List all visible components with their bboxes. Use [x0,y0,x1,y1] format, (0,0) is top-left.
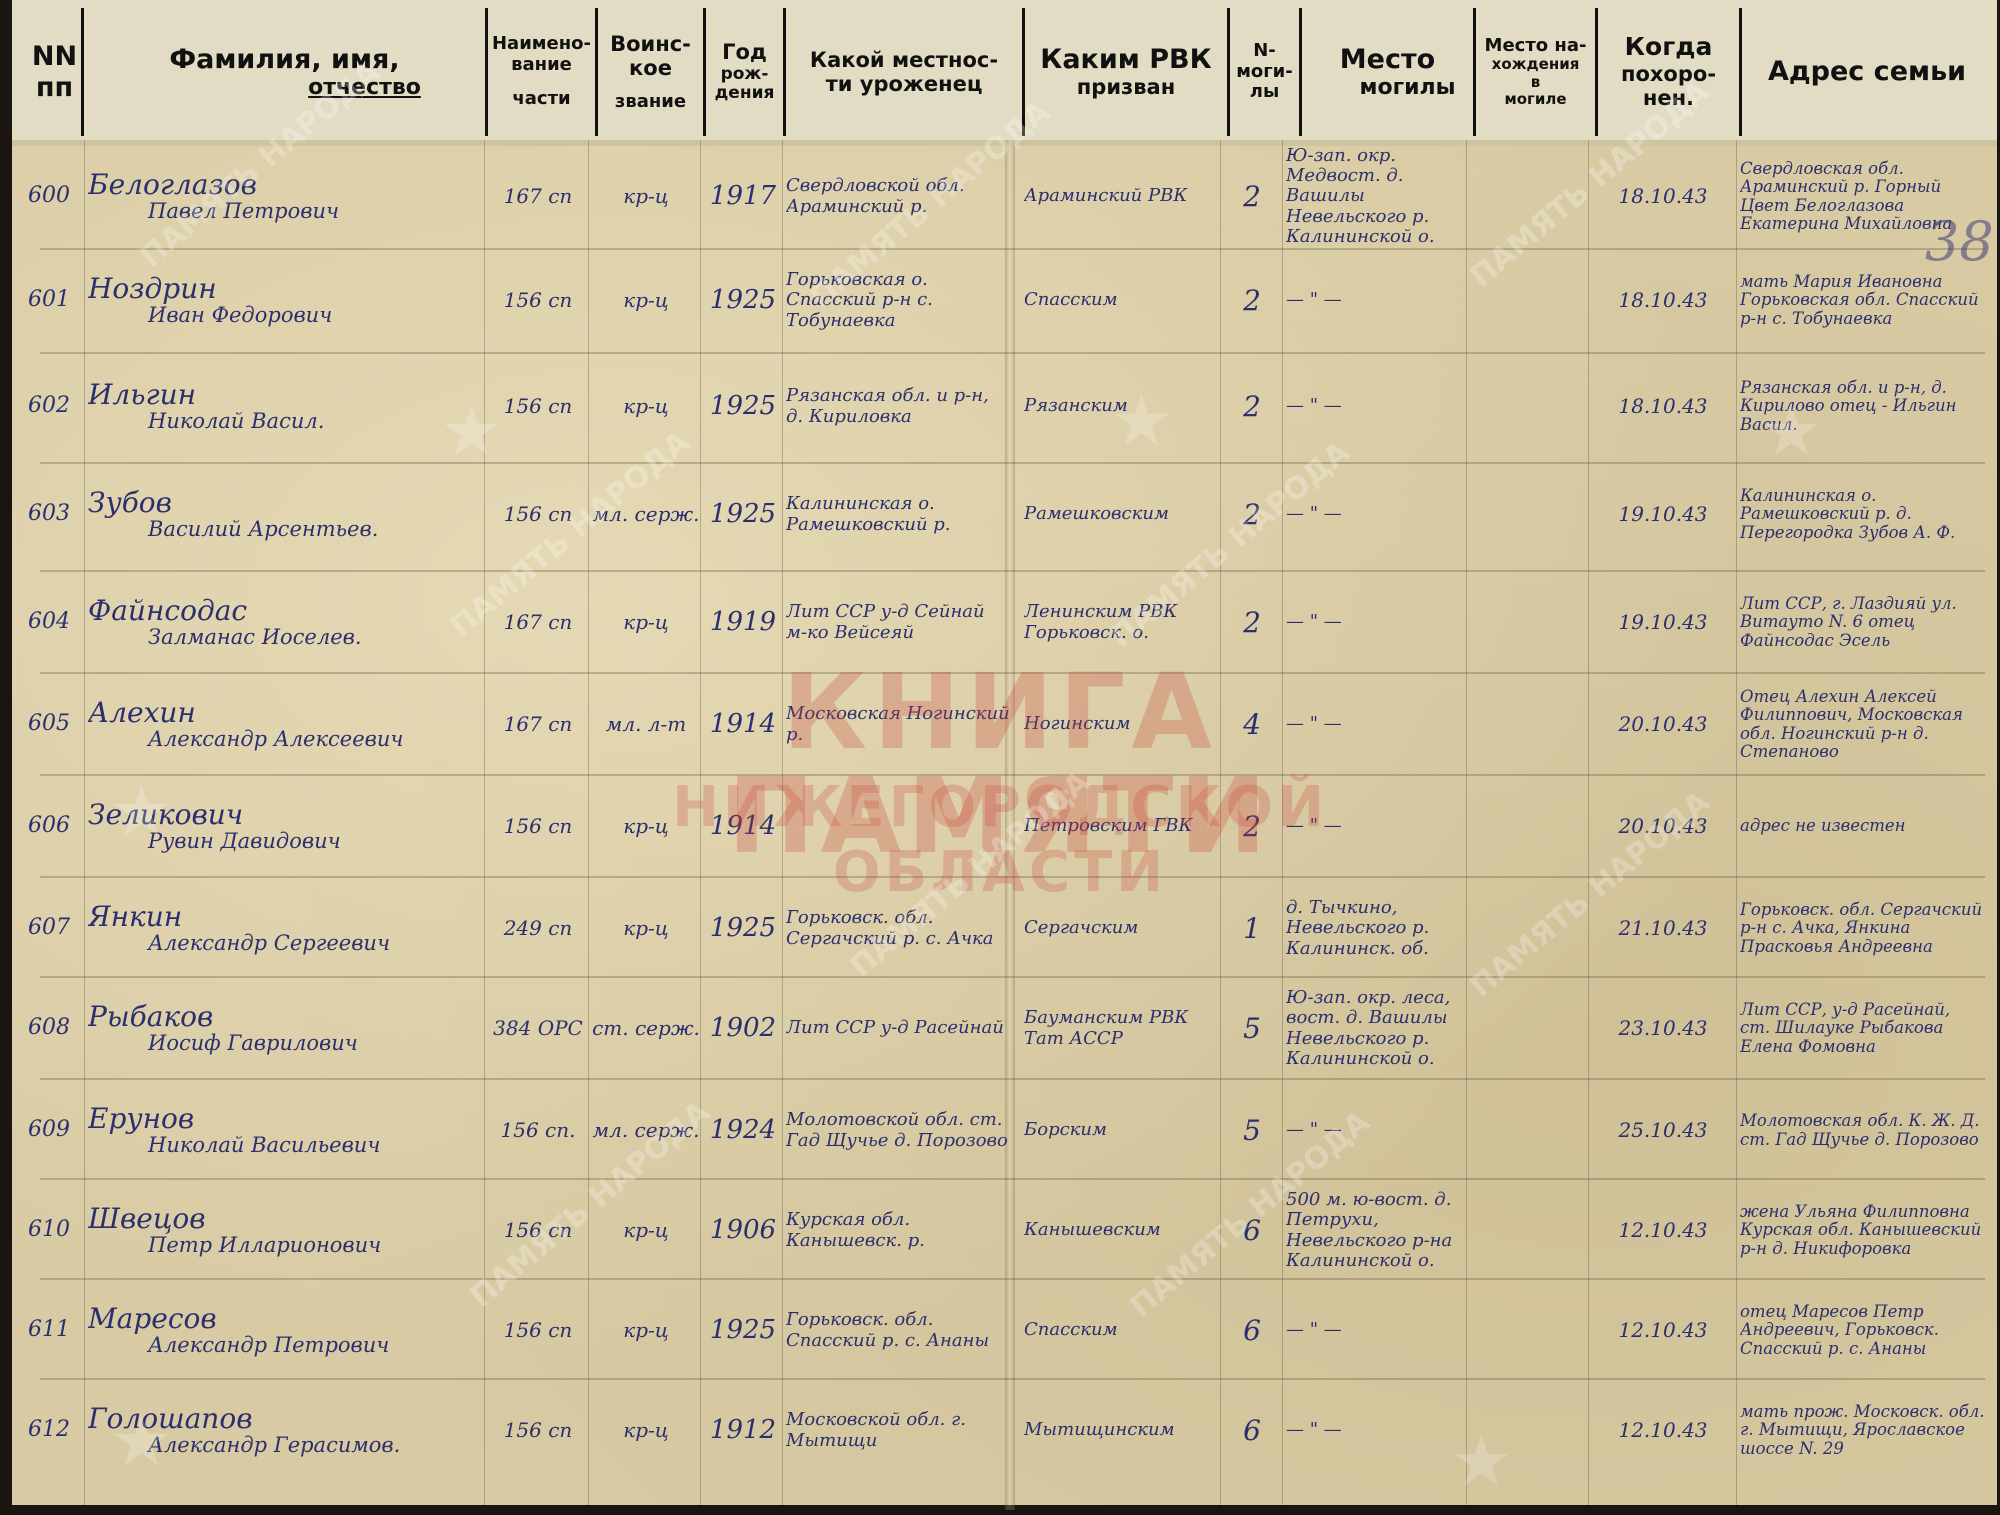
unit-cell: 167 сп [488,574,588,671]
header-rank-line1: Воинс- [610,32,691,56]
burial-date-cell: 20.10.43 [1590,778,1736,875]
name-cell: ГолошаповАлександр Герасимов. [88,1382,480,1479]
rank-cell: кр-ц [592,1382,700,1479]
given-name-patronymic: Александр Сергеевич [88,932,480,956]
birthplace-cell: Горьковская о. Спасский р-н с. Тобунаевк… [786,252,1010,349]
burial-date-cell: 12.10.43 [1590,1382,1736,1479]
family-address-cell: Рязанская обл. и р-н, д. Кирилово отец -… [1740,358,1985,455]
grave-place-cell: — " — [1286,1282,1466,1379]
burial-date-cell: 12.10.43 [1590,1282,1736,1379]
register-row: 612ГолошаповАлександр Герасимов.156 спкр… [0,1382,1985,1479]
unit-cell: 167 сп [488,676,588,773]
rank-cell: ст. серж. [592,980,700,1077]
header-name: Фамилия, имя, отчество [84,8,488,136]
rank-cell: кр-ц [592,778,700,875]
burial-date-cell: 23.10.43 [1590,980,1736,1077]
position-in-grave-cell [1470,1382,1588,1479]
header-position-line1: Место на- [1485,36,1587,57]
header-position: Место на- хождения в могиле [1476,8,1598,136]
header-date: Когда похоро- нен. [1598,8,1742,136]
name-cell: ЕруновНиколай Васильевич [88,1082,480,1179]
surname: Белоглазов [88,169,480,200]
grave-place-cell: — " — [1286,358,1466,455]
grave-number-cell: 1 [1222,880,1282,977]
header-rank-line2: кое [629,56,672,80]
name-cell: ИльгинНиколай Васил. [88,358,480,455]
name-cell: ЯнкинАлександр Сергеевич [88,880,480,977]
position-in-grave-cell [1470,148,1588,245]
row-number: 608 [28,980,84,1077]
unit-cell: 156 сп [488,358,588,455]
position-in-grave-cell [1470,466,1588,563]
rvk-cell: Сергачским [1024,880,1218,977]
grave-place-cell: 500 м. ю-вост. д. Петрухи, Невельского р… [1286,1182,1466,1279]
grave-place-cell: Ю-зап. окр. Медвост. д. Вашилы Невельско… [1286,148,1466,245]
surname: Маресов [88,1303,480,1334]
row-divider [40,1078,1985,1080]
unit-cell: 156 сп. [488,1082,588,1179]
name-cell: ЗеликовичРувин Давидович [88,778,480,875]
register-row: 606ЗеликовичРувин Давидович156 спкр-ц191… [0,778,1985,875]
register-row: 600БелоглазовПавел Петрович167 спкр-ц191… [0,148,1985,245]
position-in-grave-cell [1470,358,1588,455]
given-name-patronymic: Александр Герасимов. [88,1434,480,1458]
rvk-cell: Спасским [1024,1282,1218,1379]
given-name-patronymic: Рувин Давидович [88,830,480,854]
header-address: Адрес семьи [1742,8,1992,136]
header-year-line1: Год [722,40,767,64]
header-grave-place: Место могилы [1302,8,1476,136]
header-rank: Воинс- кое звание [598,8,706,136]
position-in-grave-cell [1470,1282,1588,1379]
row-number: 610 [28,1182,84,1279]
position-in-grave-cell [1470,778,1588,875]
register-row: 607ЯнкинАлександр Сергеевич249 спкр-ц192… [0,880,1985,977]
header-birthplace: Какой местнос- ти уроженец [786,8,1022,136]
grave-place-cell: — " — [1286,1082,1466,1179]
header-year: Год рож- дения [706,8,786,136]
position-in-grave-cell [1470,574,1588,671]
grave-number-cell: 6 [1222,1282,1282,1379]
header-grave-place-line2: могилы [1319,75,1455,100]
unit-cell: 249 сп [488,880,588,977]
grave-number-cell: 2 [1222,148,1282,245]
header-num: NN пп [28,8,84,136]
grave-place-cell: — " — [1286,676,1466,773]
row-number: 607 [28,880,84,977]
rank-cell: кр-ц [592,574,700,671]
unit-cell: 156 сп [488,1282,588,1379]
given-name-patronymic: Павел Петрович [88,200,480,224]
surname: Ильгин [88,379,480,410]
birthplace-cell: Молотовской обл. ст. Гад Щучье д. Порозо… [786,1082,1010,1179]
position-in-grave-cell [1470,980,1588,1077]
register-row: 609ЕруновНиколай Васильевич156 сп.мл. се… [0,1082,1985,1179]
given-name-patronymic: Александр Петрович [88,1334,480,1358]
birth-year-cell: 1914 [704,778,782,875]
burial-date-cell: 18.10.43 [1590,148,1736,245]
birth-year-cell: 1917 [704,148,782,245]
header-year-line2: рож- [721,65,769,85]
rvk-cell: Араминский РВК [1024,148,1218,245]
header-birthplace-line2: ти уроженец [826,72,983,96]
header-unit-line2: вание [511,55,572,76]
given-name-patronymic: Александр Алексеевич [88,728,480,752]
row-divider [40,248,1985,250]
grave-number-cell: 5 [1222,980,1282,1077]
birthplace-cell: Калининская о. Рамешковский р. [786,466,1010,563]
birthplace-cell [786,778,1010,875]
sheet-number: 38 [1925,210,1994,273]
unit-cell: 167 сп [488,148,588,245]
given-name-patronymic: Петр Илларионович [88,1234,480,1258]
header-rvk-line2: призван [1077,75,1175,99]
birth-year-cell: 1902 [704,980,782,1077]
surname: Швецов [88,1203,480,1234]
rvk-cell: Бауманским РВК Тат АССР [1024,980,1218,1077]
row-divider [40,352,1985,354]
position-in-grave-cell [1470,1082,1588,1179]
register-row: 604ФайнсодасЗалманас Иоселев.167 спкр-ц1… [0,574,1985,671]
family-address-cell: Лит ССР, у-д Расейнай, ст. Шилауке Рыбак… [1740,980,1985,1077]
birth-year-cell: 1925 [704,466,782,563]
row-number: 602 [28,358,84,455]
given-name-patronymic: Николай Васильевич [88,1134,480,1158]
register-row: 605АлехинАлександр Алексеевич167 спмл. л… [0,676,1985,773]
rank-cell: кр-ц [592,252,700,349]
header-birthplace-line1: Какой местнос- [810,48,998,72]
rvk-cell: Мытищинским [1024,1382,1218,1479]
birth-year-cell: 1919 [704,574,782,671]
name-cell: АлехинАлександр Алексеевич [88,676,480,773]
row-divider [40,672,1985,674]
surname: Зеликович [88,799,480,830]
grave-number-cell: 2 [1222,778,1282,875]
grave-number-cell: 6 [1222,1182,1282,1279]
burial-date-cell: 18.10.43 [1590,358,1736,455]
birthplace-cell: Московской обл. г. Мытищи [786,1382,1010,1479]
grave-number-cell: 2 [1222,574,1282,671]
rank-cell: мл. серж. [592,466,700,563]
rvk-cell: Канышевским [1024,1182,1218,1279]
given-name-patronymic: Залманас Иоселев. [88,626,480,650]
grave-place-cell: Ю-зап. окр. леса, вост. д. Вашилы Невель… [1286,980,1466,1077]
header-grave-no-line3: лы [1250,82,1279,103]
rank-cell: кр-ц [592,358,700,455]
grave-number-cell: 6 [1222,1382,1282,1479]
header-year-line3: дения [715,84,775,104]
header-date-line3: нен. [1643,86,1694,110]
row-number: 611 [28,1282,84,1379]
name-cell: ШвецовПетр Илларионович [88,1182,480,1279]
rank-cell: кр-ц [592,880,700,977]
rank-cell: кр-ц [592,1182,700,1279]
position-in-grave-cell [1470,676,1588,773]
surname: Ерунов [88,1103,480,1134]
register-row: 608РыбаковИосиф Гаврилович384 ОРСст. сер… [0,980,1985,1077]
surname: Рыбаков [88,1001,480,1032]
row-number: 601 [28,252,84,349]
header-name-line2: отчество [148,75,421,100]
birth-year-cell: 1925 [704,252,782,349]
name-cell: НоздринИван Федорович [88,252,480,349]
grave-number-cell: 2 [1222,466,1282,563]
row-number: 603 [28,466,84,563]
position-in-grave-cell [1470,880,1588,977]
row-number: 612 [28,1382,84,1479]
birthplace-cell: Горьковск. обл. Спасский р. с. Ананы [786,1282,1010,1379]
family-address-cell: Молотовская обл. К. Ж. Д. ст. Гад Щучье … [1740,1082,1985,1179]
family-address-cell: Горьковск. обл. Сергачский р-н с. Ачка, … [1740,880,1985,977]
header-num-line2: пп [36,72,73,103]
birthplace-cell: Свердловской обл. Араминский р. [786,148,1010,245]
rvk-cell: Рязанским [1024,358,1218,455]
row-divider [40,570,1985,572]
family-address-cell: мать прож. Московск. обл. г. Мытищи, Яро… [1740,1382,1985,1479]
register-row: 610ШвецовПетр Илларионович156 спкр-ц1906… [0,1182,1985,1279]
burial-date-cell: 12.10.43 [1590,1182,1736,1279]
given-name-patronymic: Василий Арсентьев. [88,518,480,542]
birth-year-cell: 1925 [704,358,782,455]
header-rank-line3: звание [615,92,686,113]
header-position-line3: в [1531,74,1541,91]
header-grave-no: N- моги- лы [1230,8,1302,136]
birth-year-cell: 1912 [704,1382,782,1479]
given-name-patronymic: Иосиф Гаврилович [88,1032,480,1056]
header-grave-no-line2: моги- [1236,62,1293,83]
rvk-cell: Ленинским РВК Горьковск. о. [1024,574,1218,671]
birth-year-cell: 1925 [704,1282,782,1379]
header-rvk-line1: Каким РВК [1040,44,1211,75]
birth-year-cell: 1925 [704,880,782,977]
birthplace-cell: Лит ССР у-д Расейнай [786,980,1010,1077]
rvk-cell: Ногинским [1024,676,1218,773]
register-row: 611МаресовАлександр Петрович156 спкр-ц19… [0,1282,1985,1379]
row-number: 600 [28,148,84,245]
burial-date-cell: 19.10.43 [1590,466,1736,563]
position-in-grave-cell [1470,1182,1588,1279]
rvk-cell: Спасским [1024,252,1218,349]
name-cell: ФайнсодасЗалманас Иоселев. [88,574,480,671]
header-rvk: Каким РВК призван [1022,8,1230,136]
family-address-cell: Отец Алехин Алексей Филиппович, Московск… [1740,676,1985,773]
rank-cell: мл. л-т [592,676,700,773]
grave-place-cell: — " — [1286,466,1466,563]
surname: Файнсодас [88,595,480,626]
row-number: 605 [28,676,84,773]
row-number: 606 [28,778,84,875]
position-in-grave-cell [1470,252,1588,349]
row-number: 609 [28,1082,84,1179]
grave-number-cell: 5 [1222,1082,1282,1179]
rank-cell: кр-ц [592,1282,700,1379]
unit-cell: 156 сп [488,252,588,349]
given-name-patronymic: Николай Васил. [88,410,480,434]
grave-number-cell: 2 [1222,358,1282,455]
grave-place-cell: д. Тычкино, Невельского р. Калининск. об… [1286,880,1466,977]
birth-year-cell: 1924 [704,1082,782,1179]
unit-cell: 156 сп [488,1382,588,1479]
grave-place-cell: — " — [1286,778,1466,875]
birth-year-cell: 1914 [704,676,782,773]
burial-date-cell: 19.10.43 [1590,574,1736,671]
burial-date-cell: 18.10.43 [1590,252,1736,349]
rvk-cell: Петровским ГВК [1024,778,1218,875]
rank-cell: кр-ц [592,148,700,245]
name-cell: РыбаковИосиф Гаврилович [88,980,480,1077]
birthplace-cell: Горьковск. обл. Сергачский р. с. Ачка [786,880,1010,977]
name-cell: МаресовАлександр Петрович [88,1282,480,1379]
family-address-cell: Калининская о. Рамешковский р. д. Перего… [1740,466,1985,563]
name-cell: ЗубовВасилий Арсентьев. [88,466,480,563]
rvk-cell: Борским [1024,1082,1218,1179]
header-grave-place-line1: Место [1340,44,1435,75]
family-address-cell: Лит ССР, г. Лаздияй ул. Витауто N. 6 оте… [1740,574,1985,671]
row-number: 604 [28,574,84,671]
burial-date-cell: 20.10.43 [1590,676,1736,773]
birthplace-cell: Рязанская обл. и р-н, д. Кириловка [786,358,1010,455]
birthplace-cell: Курская обл. Канышевск. р. [786,1182,1010,1279]
grave-place-cell: — " — [1286,574,1466,671]
surname: Алехин [88,697,480,728]
header-address-line1: Адрес семьи [1768,56,1966,87]
header-name-line1: Фамилия, имя, [169,44,399,75]
burial-date-cell: 25.10.43 [1590,1082,1736,1179]
grave-number-cell: 2 [1222,252,1282,349]
row-divider [40,876,1985,878]
grave-number-cell: 4 [1222,676,1282,773]
burial-date-cell: 21.10.43 [1590,880,1736,977]
register-row: 601НоздринИван Федорович156 спкр-ц1925Го… [0,252,1985,349]
unit-cell: 156 сп [488,778,588,875]
register-row: 602ИльгинНиколай Васил.156 спкр-ц1925Ряз… [0,358,1985,455]
header-unit-line1: Наимено- [492,34,591,55]
grave-place-cell: — " — [1286,1382,1466,1479]
header-position-line4: могиле [1504,91,1566,108]
grave-place-cell: — " — [1286,252,1466,349]
header-position-line2: хождения [1492,56,1580,73]
row-divider [40,774,1985,776]
name-cell: БелоглазовПавел Петрович [88,148,480,245]
birth-year-cell: 1906 [704,1182,782,1279]
surname: Голошапов [88,1403,480,1434]
header-date-line1: Когда [1625,33,1713,62]
header-num-line1: NN [32,41,77,72]
surname: Янкин [88,901,480,932]
header-unit-line3: части [512,89,570,110]
rvk-cell: Рамешковским [1024,466,1218,563]
birthplace-cell: Лит ССР у-д Сейнай м-ко Вейсеяй [786,574,1010,671]
header-grave-no-line1: N- [1253,41,1276,62]
surname: Ноздрин [88,273,480,304]
given-name-patronymic: Иван Федорович [88,304,480,328]
register-row: 603ЗубовВасилий Арсентьев.156 спмл. серж… [0,466,1985,563]
header-date-line2: похоро- [1621,62,1716,86]
header-unit: Наимено- вание части [488,8,598,136]
row-divider [40,462,1985,464]
unit-cell: 156 сп [488,1182,588,1279]
birthplace-cell: Московская Ногинский р. [786,676,1010,773]
surname: Зубов [88,487,480,518]
family-address-cell: адрес не известен [1740,778,1985,875]
family-address-cell: отец Маресов Петр Андреевич, Горьковск. … [1740,1282,1985,1379]
rank-cell: мл. серж. [592,1082,700,1179]
family-address-cell: жена Ульяна Филипповна Курская обл. Каны… [1740,1182,1985,1279]
unit-cell: 156 сп [488,466,588,563]
unit-cell: 384 ОРС [488,980,588,1077]
